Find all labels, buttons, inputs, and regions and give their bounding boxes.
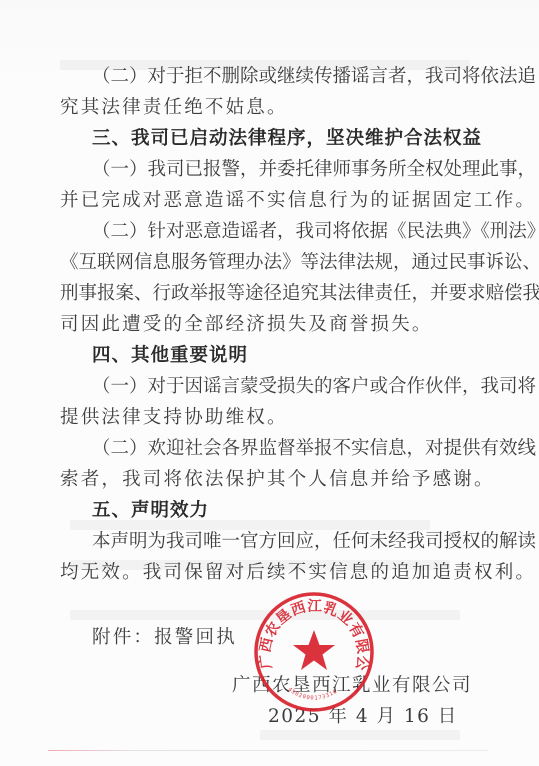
body-line: （二）针对恶意造谣者，我司将依据《民法典》《刑法》 (92, 221, 470, 243)
body-line: （一）我司已报警，并委托律师事务所全权处理此事， (92, 159, 470, 181)
body-line: （一）对于因谣言蒙受损失的客户或合作伙伴，我司将 (92, 376, 470, 398)
official-seal: 广西农垦西江乳业有限公司 4502000173316 (252, 590, 376, 714)
body-line: 《互联网信息服务管理办法》等法律法规，通过民事诉讼、 (60, 252, 470, 274)
bleed-through (260, 730, 460, 740)
body-line: 司因此遭受的全部经济损失及商誉损失。 (60, 314, 470, 336)
body-line: 提供法律支持协助维权。 (60, 407, 470, 429)
body-line: 本声明为我司唯一官方回应，任何未经我司授权的解读 (92, 531, 470, 553)
body-line: 究其法律责任绝不姑息。 (60, 97, 470, 119)
section-heading: 五、声明效力 (92, 500, 502, 522)
seal-serial-number: 4502000173316 (287, 687, 339, 702)
section-heading: 四、其他重要说明 (92, 345, 502, 367)
svg-text:4502000173316: 4502000173316 (287, 687, 339, 702)
body-line: 并已完成对恶意造谣不实信息行为的证据固定工作。 (60, 190, 470, 212)
star-icon (293, 630, 335, 670)
page-edge-divider (48, 750, 488, 751)
section-heading: 三、我司已启动法律程序，坚决维护合法权益 (92, 128, 502, 150)
body-line: 均无效。我司保留对后续不实信息的追加追责权利。 (60, 562, 470, 584)
body-line: 刑事报案、行政举报等途径追究其法律责任，并要求赔偿我 (60, 283, 470, 305)
document-page: （二）对于拒不删除或继续传播谣言者，我司将依法追 究其法律责任绝不姑息。 三、我… (0, 0, 539, 766)
body-line: （二）对于拒不删除或继续传播谣言者，我司将依法追 (92, 66, 470, 88)
body-line: 索者，我司将依法保护其个人信息并给予感谢。 (60, 469, 470, 491)
body-line: （二）欢迎社会各界监督举报不实信息，对提供有效线 (92, 438, 470, 460)
